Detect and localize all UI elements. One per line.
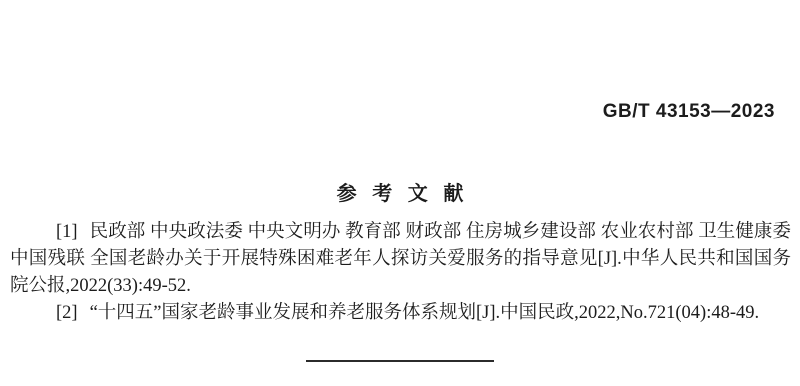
reference-text: 民政部 中央政法委 中央文明办 教育部 财政部 住房城乡建设部 农业农村部 卫生…	[10, 222, 791, 296]
section-title-references: 参考文献	[0, 177, 800, 206]
reference-text: “十四五”国家老龄事业发展和养老服务体系规划[J].中国民政,2022,No.7…	[90, 303, 760, 323]
reference-list: [1]民政部 中央政法委 中央文明办 教育部 财政部 住房城乡建设部 农业农村部…	[10, 219, 791, 327]
reference-label: [2]	[56, 303, 78, 323]
document-page: GB/T 43153—2023 参考文献 [1]民政部 中央政法委 中央文明办 …	[0, 0, 800, 386]
reference-label: [1]	[56, 222, 78, 242]
reference-item-2: [2]“十四五”国家老龄事业发展和养老服务体系规划[J].中国民政,2022,N…	[10, 300, 791, 327]
document-end-rule	[306, 360, 494, 362]
reference-item-1: [1]民政部 中央政法委 中央文明办 教育部 财政部 住房城乡建设部 农业农村部…	[10, 219, 791, 300]
standard-number: GB/T 43153—2023	[603, 101, 775, 123]
